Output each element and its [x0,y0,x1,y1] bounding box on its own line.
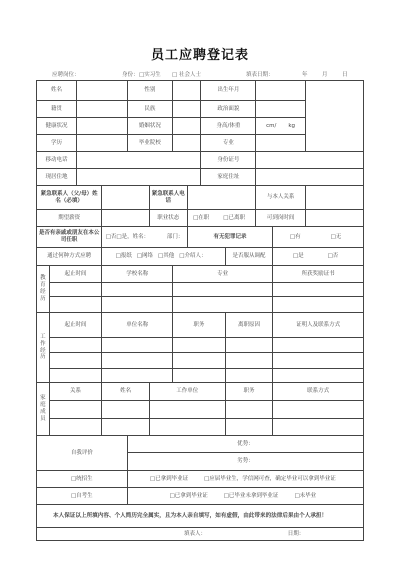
emergency-contact-phone-field[interactable] [187,186,256,210]
transfer-options: □是□否 [273,248,364,266]
work-row-3-company[interactable] [102,369,173,383]
self-study-not-graduated-checkbox[interactable]: □未毕业 [294,493,316,500]
major-label: 专业 [201,135,256,152]
day-label: 日 [342,70,348,78]
fill-date-label: 填表日期： [246,70,274,78]
work-row-2-reference[interactable] [273,353,364,369]
channel-question: 通过何种方式应聘 [37,248,102,266]
edu-header-awards: 所获奖励证书 [273,266,364,283]
kg-unit: kg [288,123,295,129]
edu-row-2-major[interactable] [173,297,273,313]
mobile-label: 移动电话 [37,152,77,169]
sign-date-label[interactable]: 日期： [288,531,305,538]
health-label: 健康状况 [37,118,77,135]
ethnicity-label: 民族 [127,101,172,118]
relatives-question: 是否有亲戚或朋友在本公司任职 [37,227,102,248]
criminal-options: □有□无 [273,227,364,248]
gender-field[interactable] [173,81,201,101]
marital-field[interactable] [173,118,201,135]
ethnicity-field[interactable] [173,101,201,118]
department-label: 部门： [167,234,184,240]
other-checkbox[interactable]: □其他 [158,253,174,260]
criminal-yes-checkbox[interactable]: □有 [290,234,301,241]
political-label: 政治面貌 [201,101,256,118]
emergency-contact-name-label: 紧急联系人（父/母）姓名（必填） [37,186,102,210]
cm-unit: cm/ [266,123,276,129]
emergency-contact-name-field[interactable] [102,186,149,210]
family-row-2-position[interactable] [225,419,272,436]
work-header-reference: 证明人及联系方式 [273,313,364,338]
referrer-checkbox[interactable]: □介绍人： [179,253,206,260]
school-field[interactable] [173,135,201,152]
available-date-field[interactable] [305,210,363,227]
name-field[interactable] [77,81,128,101]
weaknesses-field[interactable]: 劣势： [127,453,363,471]
work-history-side-label: 工作经历 [37,313,50,383]
self-study-no-diploma-checkbox[interactable]: □已毕业未拿到毕业证 [224,493,279,500]
position-label: 应聘岗位： [52,70,80,78]
family-row-1-position[interactable] [225,401,272,419]
id-number-label: 身份证号 [201,152,256,169]
native-place-field[interactable] [77,101,128,118]
edu-header-school: 学校名称 [102,266,173,283]
home-address-label: 家庭住址 [201,169,256,186]
identity-intern-checkbox[interactable]: □实习生 [139,70,161,78]
work-header-company: 单位名称 [102,313,173,338]
birth-field[interactable] [256,81,306,101]
native-place-label: 籍贯 [37,101,77,118]
self-study-has-diploma-checkbox[interactable]: □已拿到毕业证 [170,493,208,500]
gender-label: 性别 [127,81,172,101]
mobile-field[interactable] [77,152,201,169]
photo-box[interactable] [305,81,363,152]
id-number-field[interactable] [256,152,364,169]
family-row-1-employer[interactable] [149,401,225,419]
family-header-position: 职务 [225,383,272,401]
family-members-side-label: 家庭成员 [37,383,50,436]
employed-checkbox[interactable]: □在职 [193,215,209,222]
edu-row-2-school[interactable] [102,297,173,313]
filler-label[interactable]: 填表人： [184,531,206,538]
family-row-1-relation[interactable] [49,401,102,419]
criminal-no-checkbox[interactable]: □无 [331,234,342,241]
marital-label: 婚姻状况 [127,118,172,135]
resigned-checkbox[interactable]: □已离职 [223,215,245,222]
health-field[interactable] [77,118,128,135]
height-weight-label: 身高/体重 [201,118,256,135]
pledge-statement: 本人保证以上所填内容、个人简历完全属实，且为本人亲自填写，如有虚假，由此带来的法… [37,505,364,528]
work-header-position: 职务 [173,313,226,338]
work-row-2-company[interactable] [102,353,173,369]
expected-salary-label: 期望薪资 [37,210,102,227]
family-header-employer: 工作单位 [149,383,225,401]
regular-has-diploma-checkbox[interactable]: □已拿到毕业证 [150,476,188,483]
political-field[interactable] [256,101,306,118]
transfer-no-checkbox[interactable]: □否 [328,253,339,260]
family-row-1-name[interactable] [102,401,149,419]
relatives-answer: □否□是，姓名： 部门： [102,227,187,248]
relation-label: 与本人关系 [256,186,306,210]
work-row-2-position[interactable] [173,353,226,369]
education-label: 学历 [37,135,77,152]
year-label: 年 [302,70,308,78]
work-header-leave-reason: 离职原因 [225,313,272,338]
family-header-name: 姓名 [102,383,149,401]
family-row-2-employer[interactable] [149,419,225,436]
transfer-label: 是否服从调配 [225,248,272,266]
work-row-3-position[interactable] [173,369,226,383]
emergency-contact-phone-label: 紧急联系人电话 [149,186,187,210]
family-row-1-contact[interactable] [273,401,364,419]
edu-header-major: 专业 [173,266,273,283]
work-row-3-leave-reason[interactable] [225,369,272,383]
family-header-contact: 联系方式 [273,383,364,401]
edu-row-1-awards[interactable] [273,283,364,297]
channel-options: □报纸□网络□其他□介绍人： [102,248,225,266]
available-date-label: 可到岗时间 [256,210,306,227]
self-study-options: □已拿到毕业证□已毕业未拿到毕业证□未毕业 [127,488,363,505]
employment-status-label: 职业状态 [149,210,187,227]
edu-row-2-period[interactable] [49,297,102,313]
self-evaluation-label: 自我评价 [37,436,128,471]
work-row-2-leave-reason[interactable] [225,353,272,369]
expected-salary-field[interactable] [102,210,149,227]
internet-checkbox[interactable]: □网络 [137,253,153,260]
identity-social-checkbox[interactable]: □ 社会人士 [172,70,201,78]
edu-header-period: 起止时间 [49,266,102,283]
name-label: 姓名 [37,81,77,101]
education-history-side-label: 教育经历 [37,266,50,313]
work-header-period: 起止时间 [49,313,102,338]
regular-fresh-graduate-checkbox[interactable]: □应届毕业生，学信网可查，确定毕业可以拿到毕业证 [204,476,336,483]
self-study-checkbox[interactable]: □自考生 [37,488,128,505]
transfer-yes-checkbox[interactable]: □是 [293,253,304,260]
relation-field[interactable] [305,186,363,210]
criminal-record-label: 有无犯罪记录 [187,227,272,248]
work-row-1-leave-reason[interactable] [225,338,272,353]
work-row-3-period[interactable] [49,369,102,383]
current-address-label: 现居住地 [37,169,77,186]
edu-row-2-awards[interactable] [273,297,364,313]
form-title: 员工应聘登记表 [0,44,400,63]
major-field[interactable] [256,135,306,152]
birth-label: 出生年月 [201,81,256,101]
work-row-1-position[interactable] [173,338,226,353]
regular-student-checkbox[interactable]: □统招生 [37,471,128,488]
newspaper-checkbox[interactable]: □报纸 [116,253,132,260]
edu-row-1-school[interactable] [102,283,173,297]
home-address-field[interactable] [256,169,364,186]
edu-row-1-major[interactable] [173,283,273,297]
work-row-2-period[interactable] [49,353,102,369]
regular-student-options: □已拿到毕业证□应届毕业生，学信网可查，确定毕业可以拿到毕业证 [127,471,363,488]
school-label: 毕业院校 [127,135,172,152]
relatives-checkbox-group[interactable]: □否□是，姓名： [106,234,149,240]
application-form-table: 姓名 性别 出生年月 籍贯 民族 政治面貌 健康状况 婚姻状况 身高/体重 cm… [36,80,364,541]
current-address-field[interactable] [77,169,201,186]
family-row-2-contact[interactable] [273,419,364,436]
employment-status-options: □在职□已离职 [187,210,256,227]
month-label: 月 [322,70,328,78]
strengths-field[interactable]: 优势： [127,436,363,453]
work-row-3-reference[interactable] [273,369,364,383]
family-row-2-name[interactable] [102,419,149,436]
education-field[interactable] [77,135,128,152]
work-row-1-company[interactable] [102,338,173,353]
signature-row: 填表人： 日期： [37,528,364,541]
work-row-1-period[interactable] [49,338,102,353]
identity-label: 身份： [122,70,139,78]
edu-row-1-period[interactable] [49,283,102,297]
work-row-1-reference[interactable] [273,338,364,353]
family-header-relation: 关系 [49,383,102,401]
height-weight-field[interactable]: cm/kg [256,118,306,135]
family-row-2-relation[interactable] [49,419,102,436]
